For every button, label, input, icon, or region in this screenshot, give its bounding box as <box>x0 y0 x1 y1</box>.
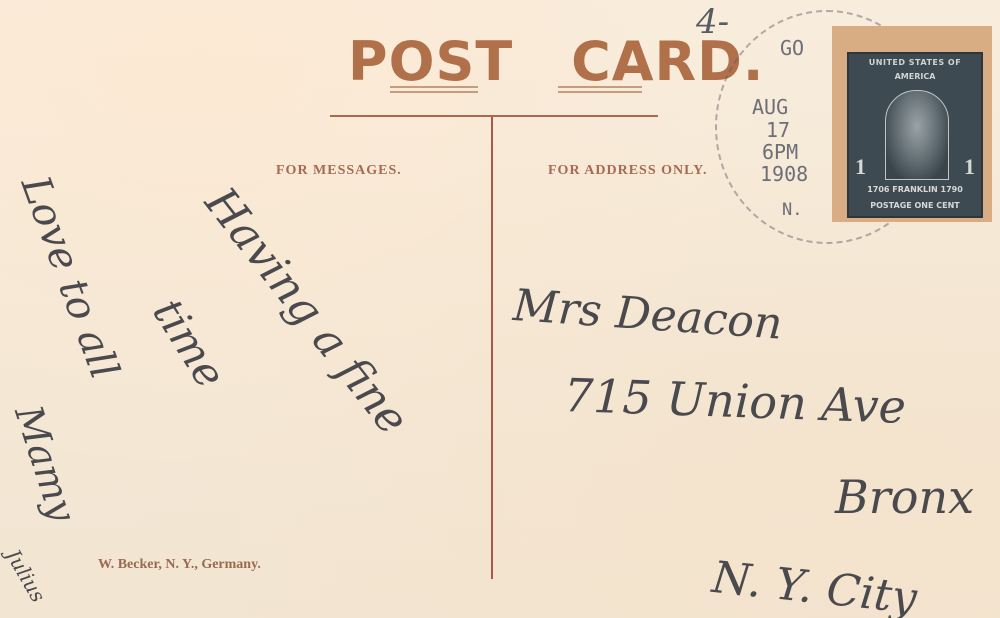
messages-label: FOR MESSAGES. <box>276 163 402 179</box>
pencil-mark: 4- <box>696 2 729 42</box>
title-underline <box>390 86 478 88</box>
stamp-denomination-left: 1 <box>855 154 866 180</box>
address-borough: Bronx <box>835 470 974 524</box>
stamp-denomination-right: 1 <box>964 154 975 180</box>
message-line-2: time <box>143 290 235 397</box>
address-label: FOR ADDRESS ONLY. <box>548 163 708 179</box>
postage-stamp: UNITED STATES OF AMERICA 1 1 1706 FRANKL… <box>832 26 992 222</box>
address-name: Mrs Deacon <box>511 280 784 350</box>
message-line-3: Love to all <box>12 170 128 385</box>
address-city: N. Y. City <box>710 552 920 618</box>
postmark-year: 1908 <box>760 164 808 184</box>
title-post: POST <box>348 30 513 93</box>
stamp-name: 1706 FRANKLIN 1790 <box>849 185 981 194</box>
stamp-postage: POSTAGE ONE CENT <box>849 201 981 210</box>
title-underline <box>390 91 478 93</box>
postmark-state: N. <box>782 200 802 220</box>
postmark-month: AUG <box>752 97 788 117</box>
postmark-city: GO <box>780 38 804 58</box>
signature-2: Julius <box>1 545 50 606</box>
title-underline <box>558 91 642 93</box>
stamp-country2: AMERICA <box>849 72 981 81</box>
stamp-country: UNITED STATES OF <box>849 58 981 67</box>
publisher-imprint: W. Becker, N. Y., Germany. <box>98 557 261 573</box>
center-divider <box>491 117 493 579</box>
title-underline <box>558 86 642 88</box>
postcard-back: POST CARD. FOR MESSAGES. FOR ADDRESS ONL… <box>0 0 1000 618</box>
horizontal-rule <box>330 115 658 117</box>
address-street: 715 Union Ave <box>563 368 907 434</box>
signature: Mamy <box>6 400 85 527</box>
franklin-portrait-icon <box>885 90 949 180</box>
message-line-1: Having a fine <box>195 178 419 444</box>
stamp-frame: UNITED STATES OF AMERICA 1 1 1706 FRANKL… <box>847 52 983 218</box>
postmark-day: 17 <box>766 120 790 140</box>
postmark-time: 6PM <box>762 142 798 162</box>
